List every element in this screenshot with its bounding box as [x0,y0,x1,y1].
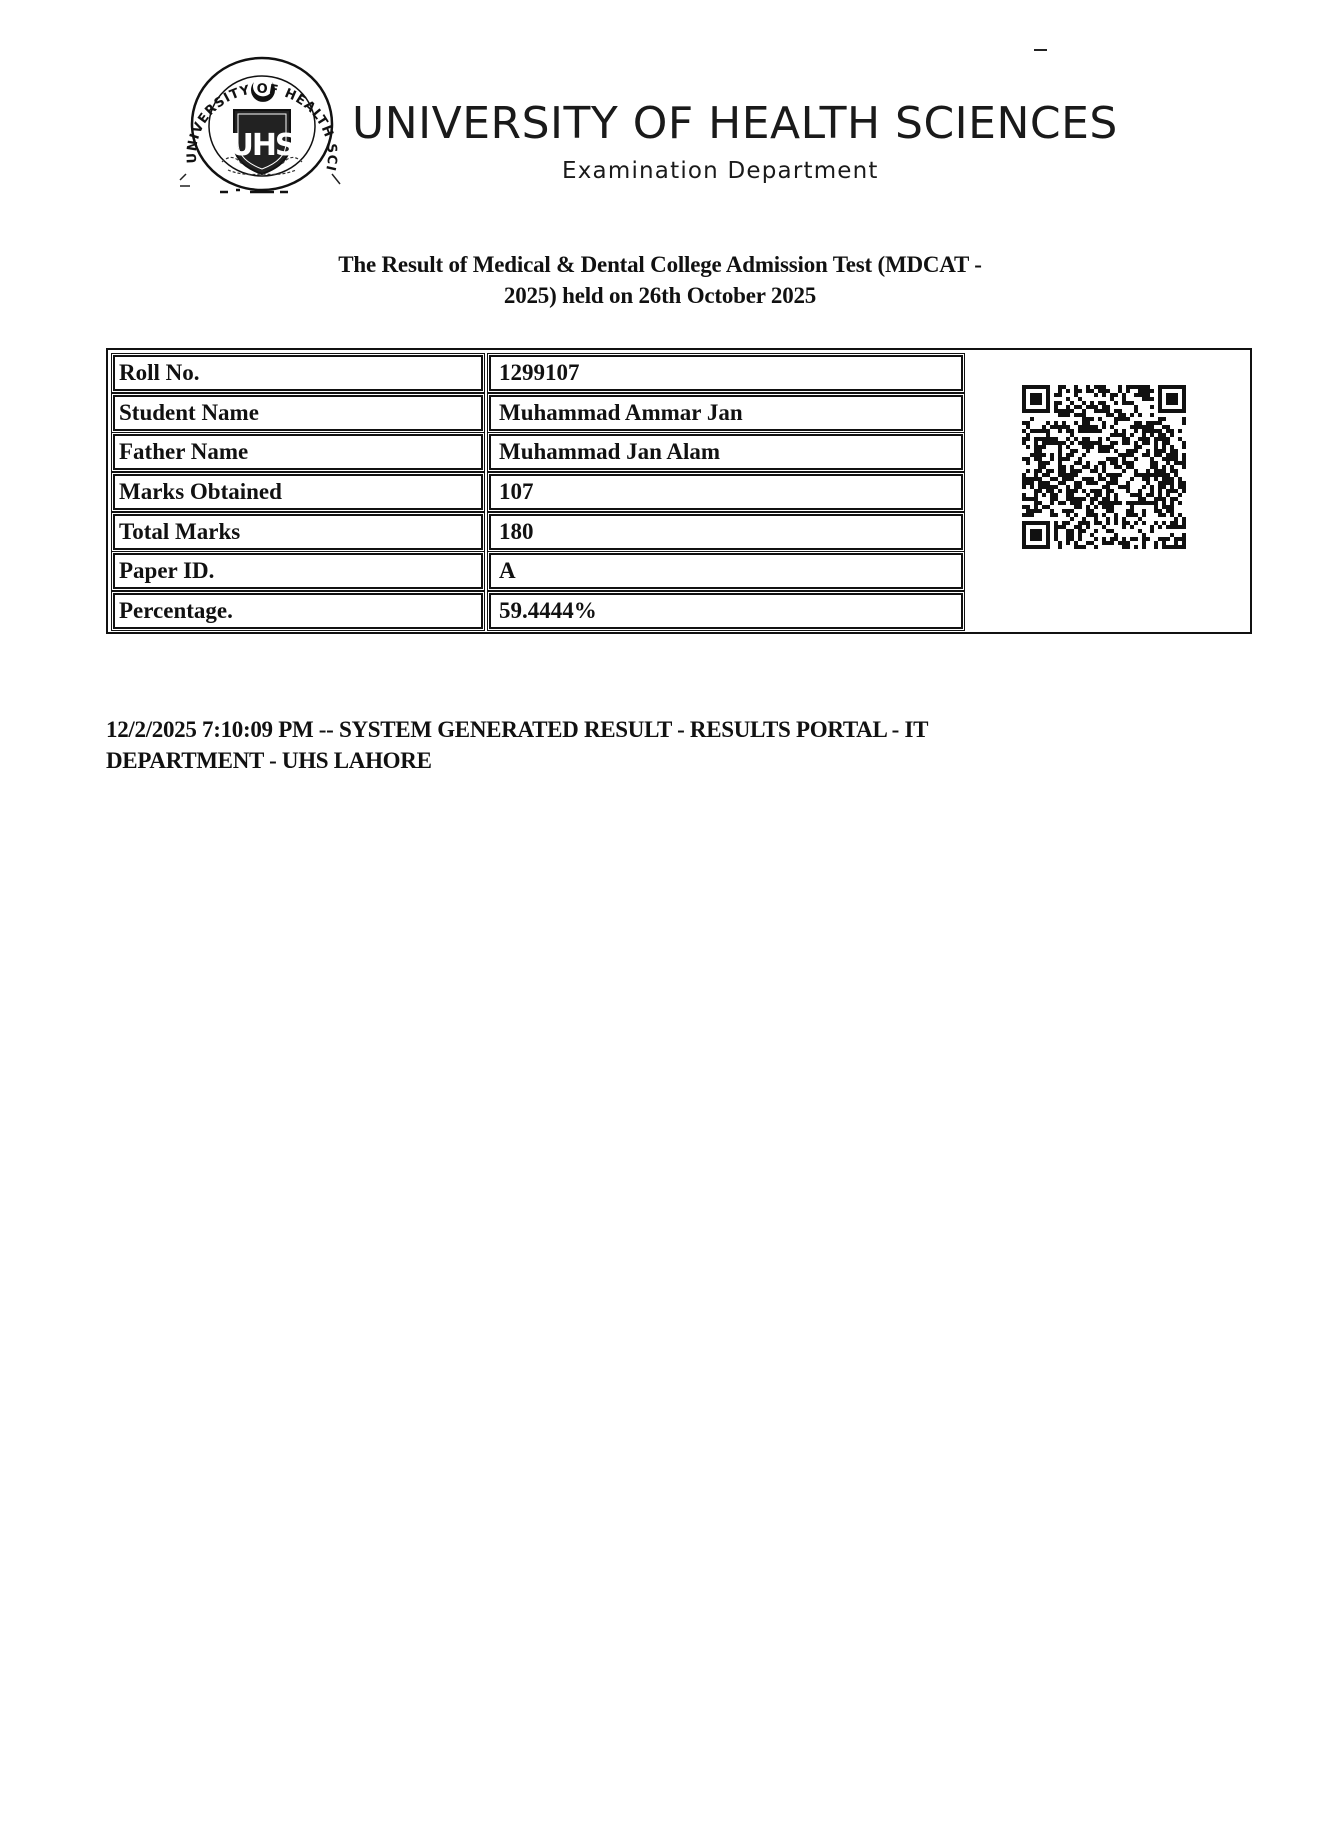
result-value: 107 [489,474,963,510]
result-row: Paper ID.A [113,553,963,589]
result-row: Roll No.1299107 [113,355,963,391]
footer-line-2: DEPARTMENT - UHS LAHORE [106,745,1106,776]
result-card: Roll No.1299107Student NameMuhammad Amma… [106,348,1252,634]
result-label: Student Name [113,395,483,431]
result-value: 59.4444% [489,593,963,629]
result-row: Total Marks180 [113,514,963,550]
result-value: A [489,553,963,589]
department-name: Examination Department [562,158,879,184]
result-label: Roll No. [113,355,483,391]
result-value: Muhammad Ammar Jan [489,395,963,431]
institution-name: UNIVERSITY OF HEALTH SCIENCES [352,98,1164,149]
result-heading-line-2: 2025) held on 26th October 2025 [230,280,1090,311]
result-heading: The Result of Medical & Dental College A… [230,249,1090,311]
footer-line-1: 12/2/2025 7:10:09 PM -- SYSTEM GENERATED… [106,714,1106,745]
result-label: Percentage. [113,593,483,629]
qr-code-icon [1022,385,1186,549]
result-value: Muhammad Jan Alam [489,434,963,470]
result-label: Father Name [113,434,483,470]
scan-mark [1034,49,1047,51]
result-heading-line-1: The Result of Medical & Dental College A… [230,249,1090,280]
result-row: Student NameMuhammad Ammar Jan [113,395,963,431]
result-value: 180 [489,514,963,550]
system-generated-footer: 12/2/2025 7:10:09 PM -- SYSTEM GENERATED… [106,714,1106,776]
result-row: Father NameMuhammad Jan Alam [113,434,963,470]
result-table: Roll No.1299107Student NameMuhammad Amma… [113,355,963,633]
result-row: Percentage.59.4444% [113,593,963,629]
svg-text:UHS: UHS [229,128,294,163]
uhs-seal-icon: UNIVERSITY OF HEALTH SCIENCES LAHORE UHS [172,52,352,202]
result-label: Paper ID. [113,553,483,589]
result-label: Marks Obtained [113,474,483,510]
result-row: Marks Obtained107 [113,474,963,510]
result-label: Total Marks [113,514,483,550]
result-value: 1299107 [489,355,963,391]
